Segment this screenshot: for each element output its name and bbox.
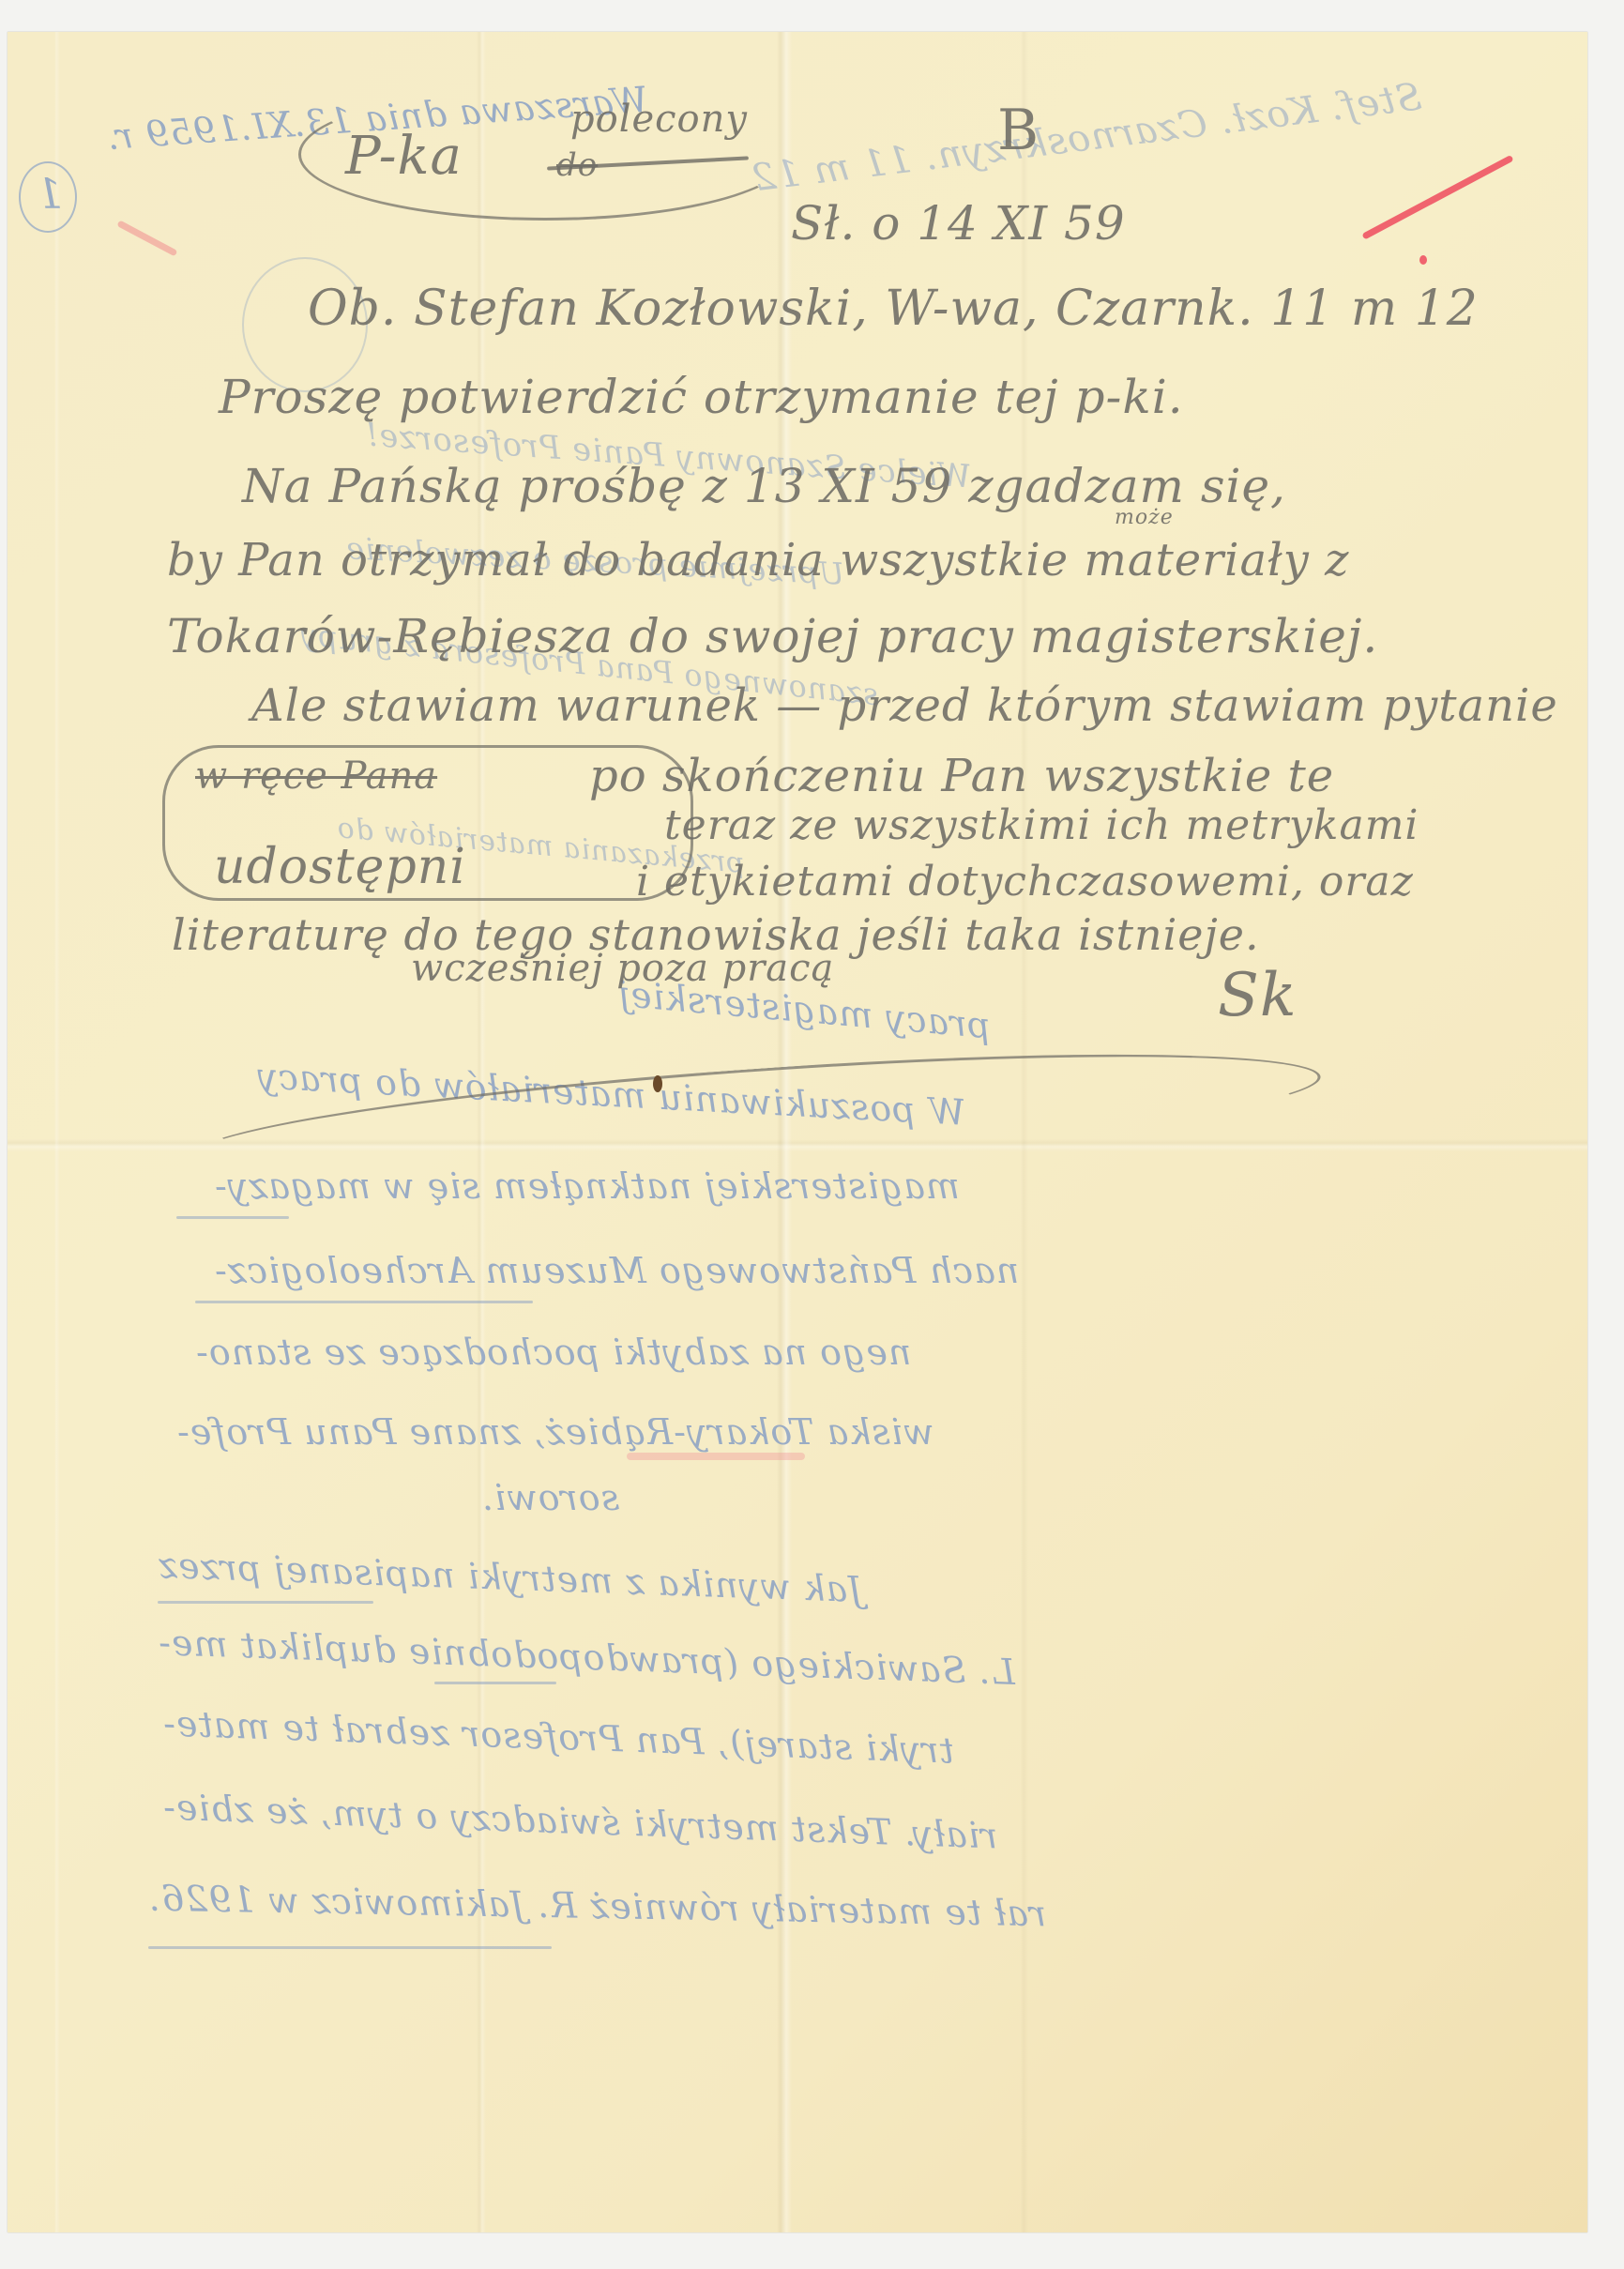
parcel-label: P-ka (345, 126, 463, 187)
blue-underline-3 (158, 1601, 373, 1604)
initial-mark-b: B (997, 98, 1040, 163)
blue-underline-1 (176, 1216, 289, 1219)
blue-line-jakimowicz: rał te materiały również R. Jakimowicz w… (148, 1878, 1047, 1935)
send-date: Sł. o 14 XI 59 (791, 196, 1126, 251)
red-slash-left (116, 220, 177, 256)
blue-line-artifacts: nego na zabytki pochodzące ze stano- (195, 1332, 911, 1373)
red-dot-right (1419, 255, 1427, 265)
brown-stain (653, 1075, 662, 1092)
blue-line-sawicki: L. Sawickiego (prawdopodobnie duplikat m… (158, 1622, 1016, 1693)
blue-line-museum: nach Państwowego Muzeum Archeologicz- (214, 1250, 1019, 1291)
red-underline-faint (627, 1453, 805, 1460)
blue-line-text-metryki: riały. Tekst metryki świadczy o tym, że … (162, 1786, 999, 1856)
body-line-udostepni: udostępni (214, 839, 466, 895)
body-line-7: teraz ze wszystkimi ich metrykami (664, 801, 1419, 849)
blue-underline-2 (195, 1301, 533, 1303)
signature: Sk (1218, 961, 1298, 1030)
page-number-circled: 1 (36, 171, 63, 219)
body-line-5: Ale stawiam warunek — przed którym stawi… (251, 679, 1558, 732)
body-line-3: by Pan otrzymał do badania wszystkie mat… (167, 534, 1349, 586)
blue-underline-5 (148, 1946, 552, 1949)
body-line-2: Na Pańską prośbę z 13 XI 59 zgadzam się, (242, 459, 1286, 513)
body-line-8: i etykietami dotychczasowemi, oraz (636, 858, 1414, 906)
body-line-4: Tokarów-Rębiesza do swojej pracy magiste… (167, 609, 1378, 663)
struck-w-rece-pana: w ręce Pana (195, 754, 437, 798)
blue-line-tokary: wiska Tokary-Rąbież, znane Panu Profe- (176, 1411, 934, 1453)
recipient-address: Ob. Stefan Kozłowski, W-wa, Czarnk. 11 m… (308, 281, 1479, 337)
blue-line-sorowi: sorowi. (481, 1477, 619, 1518)
top-right-blue-note: Stef. Kozł. Czarnoskrzyn. 11 m 12 (749, 75, 1424, 200)
red-slash-right (1361, 155, 1513, 240)
blue-underline-4 (434, 1682, 556, 1684)
registered-mark: polecony (570, 98, 748, 141)
body-line-1: Proszę potwierdzić otrzymanie tej p-ki. (219, 370, 1184, 424)
blue-line-collected: tryki starej), Pan Profesor zebrał te ma… (161, 1702, 954, 1771)
letter-sheet: Warszawa dnia 13.XI.1959 r. 1 Stef. Kozł… (8, 32, 1587, 2232)
body-line-10: wcześniej poza pracą (411, 947, 834, 990)
body-line-6: po skończeniu Pan wszystkie te (589, 750, 1334, 802)
parcel-struck-word: do (556, 146, 598, 184)
